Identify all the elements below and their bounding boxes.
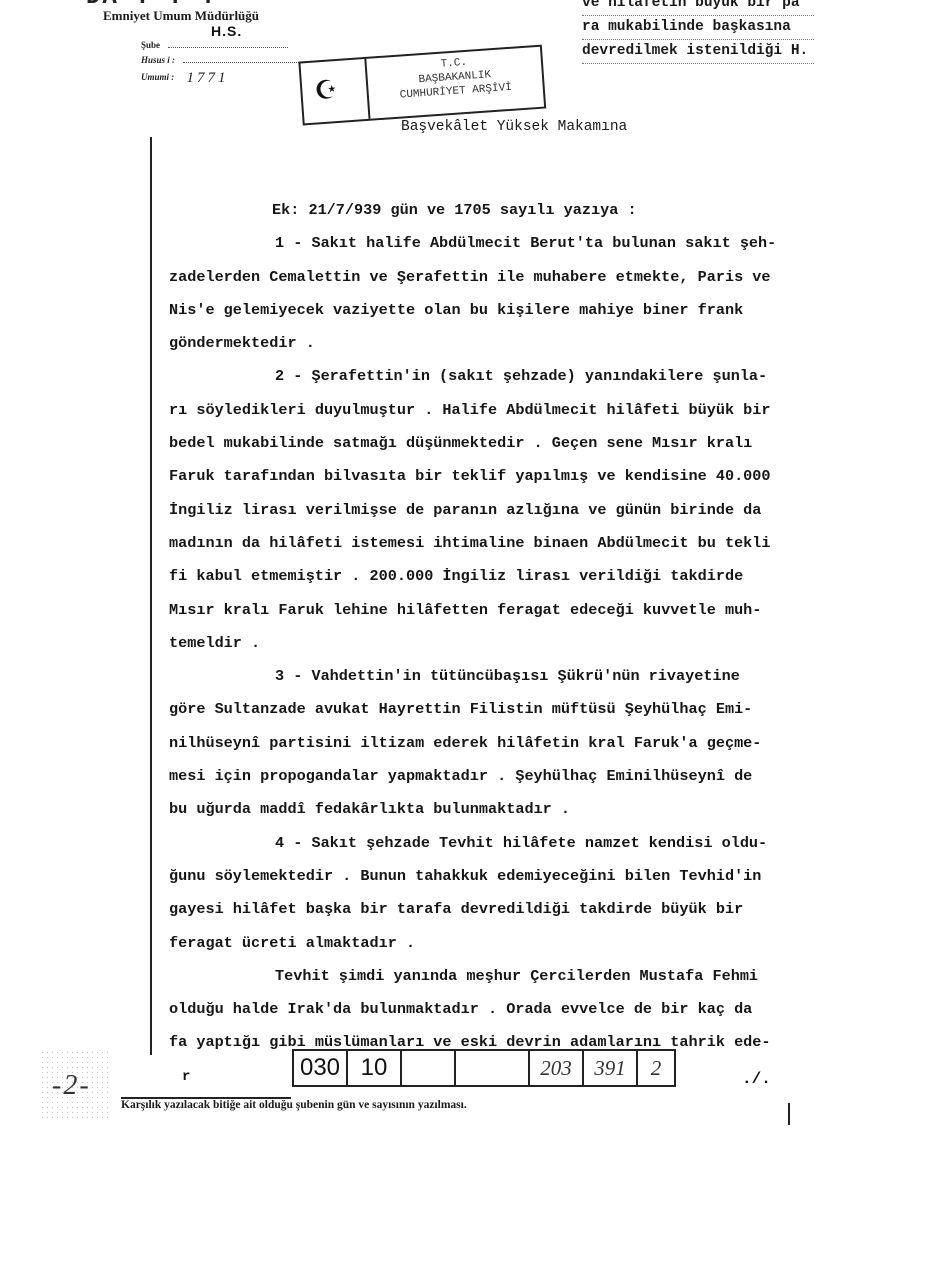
paragraph-line: olduğu halde Irak'da bulunmaktadır . Ora… <box>169 993 849 1026</box>
crescent-star-icon: ☪ <box>313 75 338 107</box>
paragraph-line: göre Sultanzade avukat Hayrettin Filisti… <box>169 693 849 726</box>
continuation-mark: ./. <box>742 1070 771 1088</box>
paragraph-line: Nis'e gelemiyecek vaziyette olan bu kişi… <box>169 294 849 327</box>
paragraph-line: nilhüseynî partisini iltizam ederek hilâ… <box>169 727 849 760</box>
paragraph-line: göndermektedir . <box>169 327 849 360</box>
reference-cell: 030 <box>294 1051 348 1085</box>
archive-stamp: ☪ T.C. BAŞBAKANLIK CUMHURİYET ARŞİVİ <box>298 37 547 126</box>
paragraph-line: fi kabul etmemiştir . 200.000 İngiliz li… <box>169 560 849 593</box>
paragraph-line: temeldir . <box>169 627 849 660</box>
meta-umumi-value: 1771 <box>187 70 229 86</box>
organization-code: H.S. <box>211 23 242 39</box>
subject-line: ve hilafetin büyük bir pa <box>582 0 814 16</box>
organization-name: Emniyet Umum Müdürlüğü <box>103 8 259 24</box>
subject-line: devredilmek istenildiği H. <box>582 40 814 64</box>
reference-cell: 2 <box>638 1051 674 1085</box>
paragraph-line: İngiliz lirası verilmişse de paranın azl… <box>169 494 849 527</box>
paragraph-first-line: Tevhit şimdi yanında meşhur Çercilerden … <box>169 960 849 993</box>
archive-reference-box: 030 10 203 391 2 <box>292 1049 676 1087</box>
paragraph-line: ğunu söylemektedir . Bunun tahakkuk edem… <box>169 860 849 893</box>
paragraph-line: bedel mukabilinde satmağı düşünmektedir … <box>169 427 849 460</box>
reference-line: Ek: 21/7/939 gün ve 1705 sayılı yazıya : <box>169 194 849 227</box>
reference-cell: 10 <box>348 1051 402 1085</box>
paragraph-line: zadelerden Cemalettin ve Şerafettin ile … <box>169 261 849 294</box>
meta-hususi-label: Husus i : <box>141 55 175 65</box>
paragraph-first-line: 1 - Sakıt halife Abdülmecit Berut'ta bul… <box>169 227 849 260</box>
subject-line: ra mukabilinde başkasına <box>582 16 814 40</box>
paragraph-first-line: 4 - Sakıt şehzade Tevhit hilâfete namzet… <box>169 827 849 860</box>
meta-sube-value <box>168 47 288 48</box>
paragraph-line: feragat ücreti almaktadır . <box>169 927 849 960</box>
reference-cell: 203 <box>530 1051 584 1085</box>
meta-sube-label: Şube <box>141 40 160 50</box>
margin-tick <box>788 1103 790 1125</box>
meta-umumi: Umumi : 1771 <box>141 68 229 85</box>
reference-cell <box>402 1051 456 1085</box>
meta-hususi-value <box>183 62 303 63</box>
paragraph-line: Faruk tarafından bilvasıta bir teklif ya… <box>169 460 849 493</box>
meta-sube: Şube <box>141 40 288 50</box>
paragraph-first-line: 2 - Şerafettin'in (sakıt şehzade) yanınd… <box>169 360 849 393</box>
paragraph-first-line: 3 - Vahdettin'in tütüncübaşısı Şükrü'nün… <box>169 660 849 693</box>
meta-hususi: Husus i : <box>141 55 303 65</box>
paragraph-line: mesi için propogandalar yapmaktadır . Şe… <box>169 760 849 793</box>
paragraph-line: rı söyledikleri duyulmuştur . Halife Abd… <box>169 394 849 427</box>
addressee: Başvekâlet Yüksek Makamına <box>401 119 627 135</box>
paragraph-line: gayesi hilâfet başka bir tarafa devredil… <box>169 893 849 926</box>
page-number: -2- <box>52 1070 91 1102</box>
reference-cell: 391 <box>584 1051 638 1085</box>
footer-note: Karşılık yazılacak bitiğe ait olduğu şub… <box>121 1099 467 1111</box>
letter-body: Ek: 21/7/939 gün ve 1705 sayılı yazıya :… <box>169 194 849 1060</box>
r-mark: r <box>182 1069 190 1085</box>
paragraph-line: Mısır kralı Faruk lehine hilâfetten fera… <box>169 594 849 627</box>
paragraph-line: bu uğurda maddî fedakârlıkta bulunmaktad… <box>169 793 849 826</box>
meta-umumi-label: Umumi : <box>141 72 174 82</box>
reference-cell <box>456 1051 530 1085</box>
margin-rule <box>150 137 152 1055</box>
document-page: DA . . . Emniyet Umum Müdürlüğü H.S. Şub… <box>0 0 939 1287</box>
paragraph-line: madının da hilâfeti istemesi ihtimaline … <box>169 527 849 560</box>
subject-block: ve hilafetin büyük bir pa ra mukabilinde… <box>582 0 814 64</box>
